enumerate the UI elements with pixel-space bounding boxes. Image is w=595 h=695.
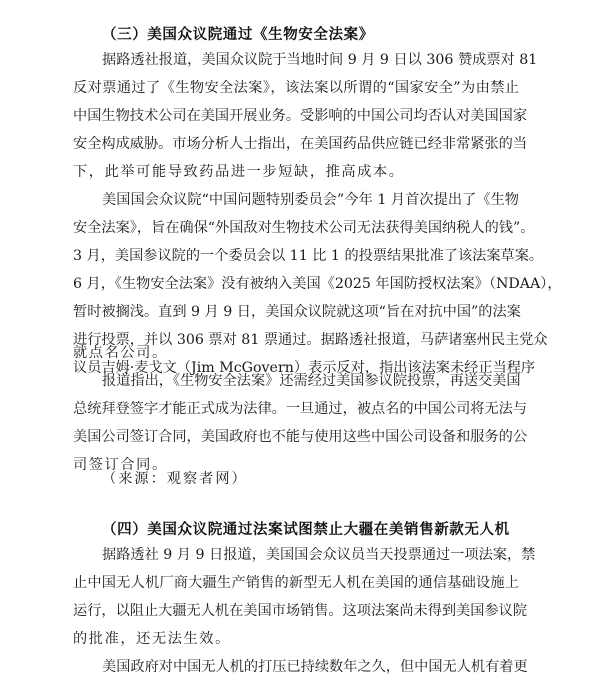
section-4-heading: （四）美国众议院通过法案试图禁止大疆在美销售新款无人机 [102,518,510,539]
paragraph-line: 止中国无人机厂商大疆生产销售的新型无人机在美国的通信基础设施上 [73,573,519,593]
paragraph-line: 的批准，还无法生效。 [73,629,519,649]
paragraph-line: 美国公司签订合同，美国政府也不能与使用这些中国公司设备和服务的公 [73,427,519,447]
paragraph-line: 运行，以阻止大疆无人机在美国市场销售。这项法案尚未得到美国参议院 [73,601,519,621]
paragraph-line: 3 月，美国参议院的一个委员会以 11 比 1 的投票结果批准了该法案草案。 [73,246,519,266]
paragraph-line: 安全法案》，旨在确保“外国敌对生物技术公司无法获得美国纳税人的钱”。 [73,218,519,238]
paragraph-line: 总统拜登签字才能正式成为法律。一旦通过，被点名的中国公司将无法与 [73,399,519,419]
paragraph-line: 反对票通过了《生物安全法案》，该法案以所谓的“国家安全”为由禁止 [73,78,519,98]
paragraph-line: 美国国会众议院“中国问题特别委员会”今年 1 月首次提出了《生物 [102,190,519,210]
paragraph-line: 报道指出，《生物安全法案》还需经过美国参议院投票，再送交美国 [102,371,519,391]
paragraph-line: 安全构成威胁。市场分析人士指出，在美国药品供应链已经非常紧张的当 [73,134,519,154]
paragraph-line: 下，此举可能导致药品进一步短缺，推高成本。 [73,162,519,182]
paragraph-line: 据路透社 9 月 9 日报道，美国国会众议员当天投票通过一项法案，禁 [102,545,519,565]
paragraph-line: 美国政府对中国无人机的打压已持续数年之久，但中国无人机有着更 [102,657,519,677]
paragraph-line: 据路透社报道，美国众议院于当地时间 9 月 9 日以 306 赞成票对 81 [102,50,519,70]
paragraph-line: 中国生物技术公司在美国开展业务。受影响的中国公司均否认对美国国家 [73,106,519,126]
section-3-heading: （三）美国众议院通过《生物安全法案》 [102,23,374,44]
paragraph-line: 6 月，《生物安全法案》没有被纳入美国《2025 年国防授权法案》（NDAA）， [73,274,519,294]
source-note: （来源：观察者网） [102,469,248,489]
paragraph-line: 就点名公司。 [73,343,519,363]
paragraph-line: 暂时被搁浅。直到 9 月 9 日，美国众议院就这项“旨在对抗中国”的法案 [73,302,519,322]
